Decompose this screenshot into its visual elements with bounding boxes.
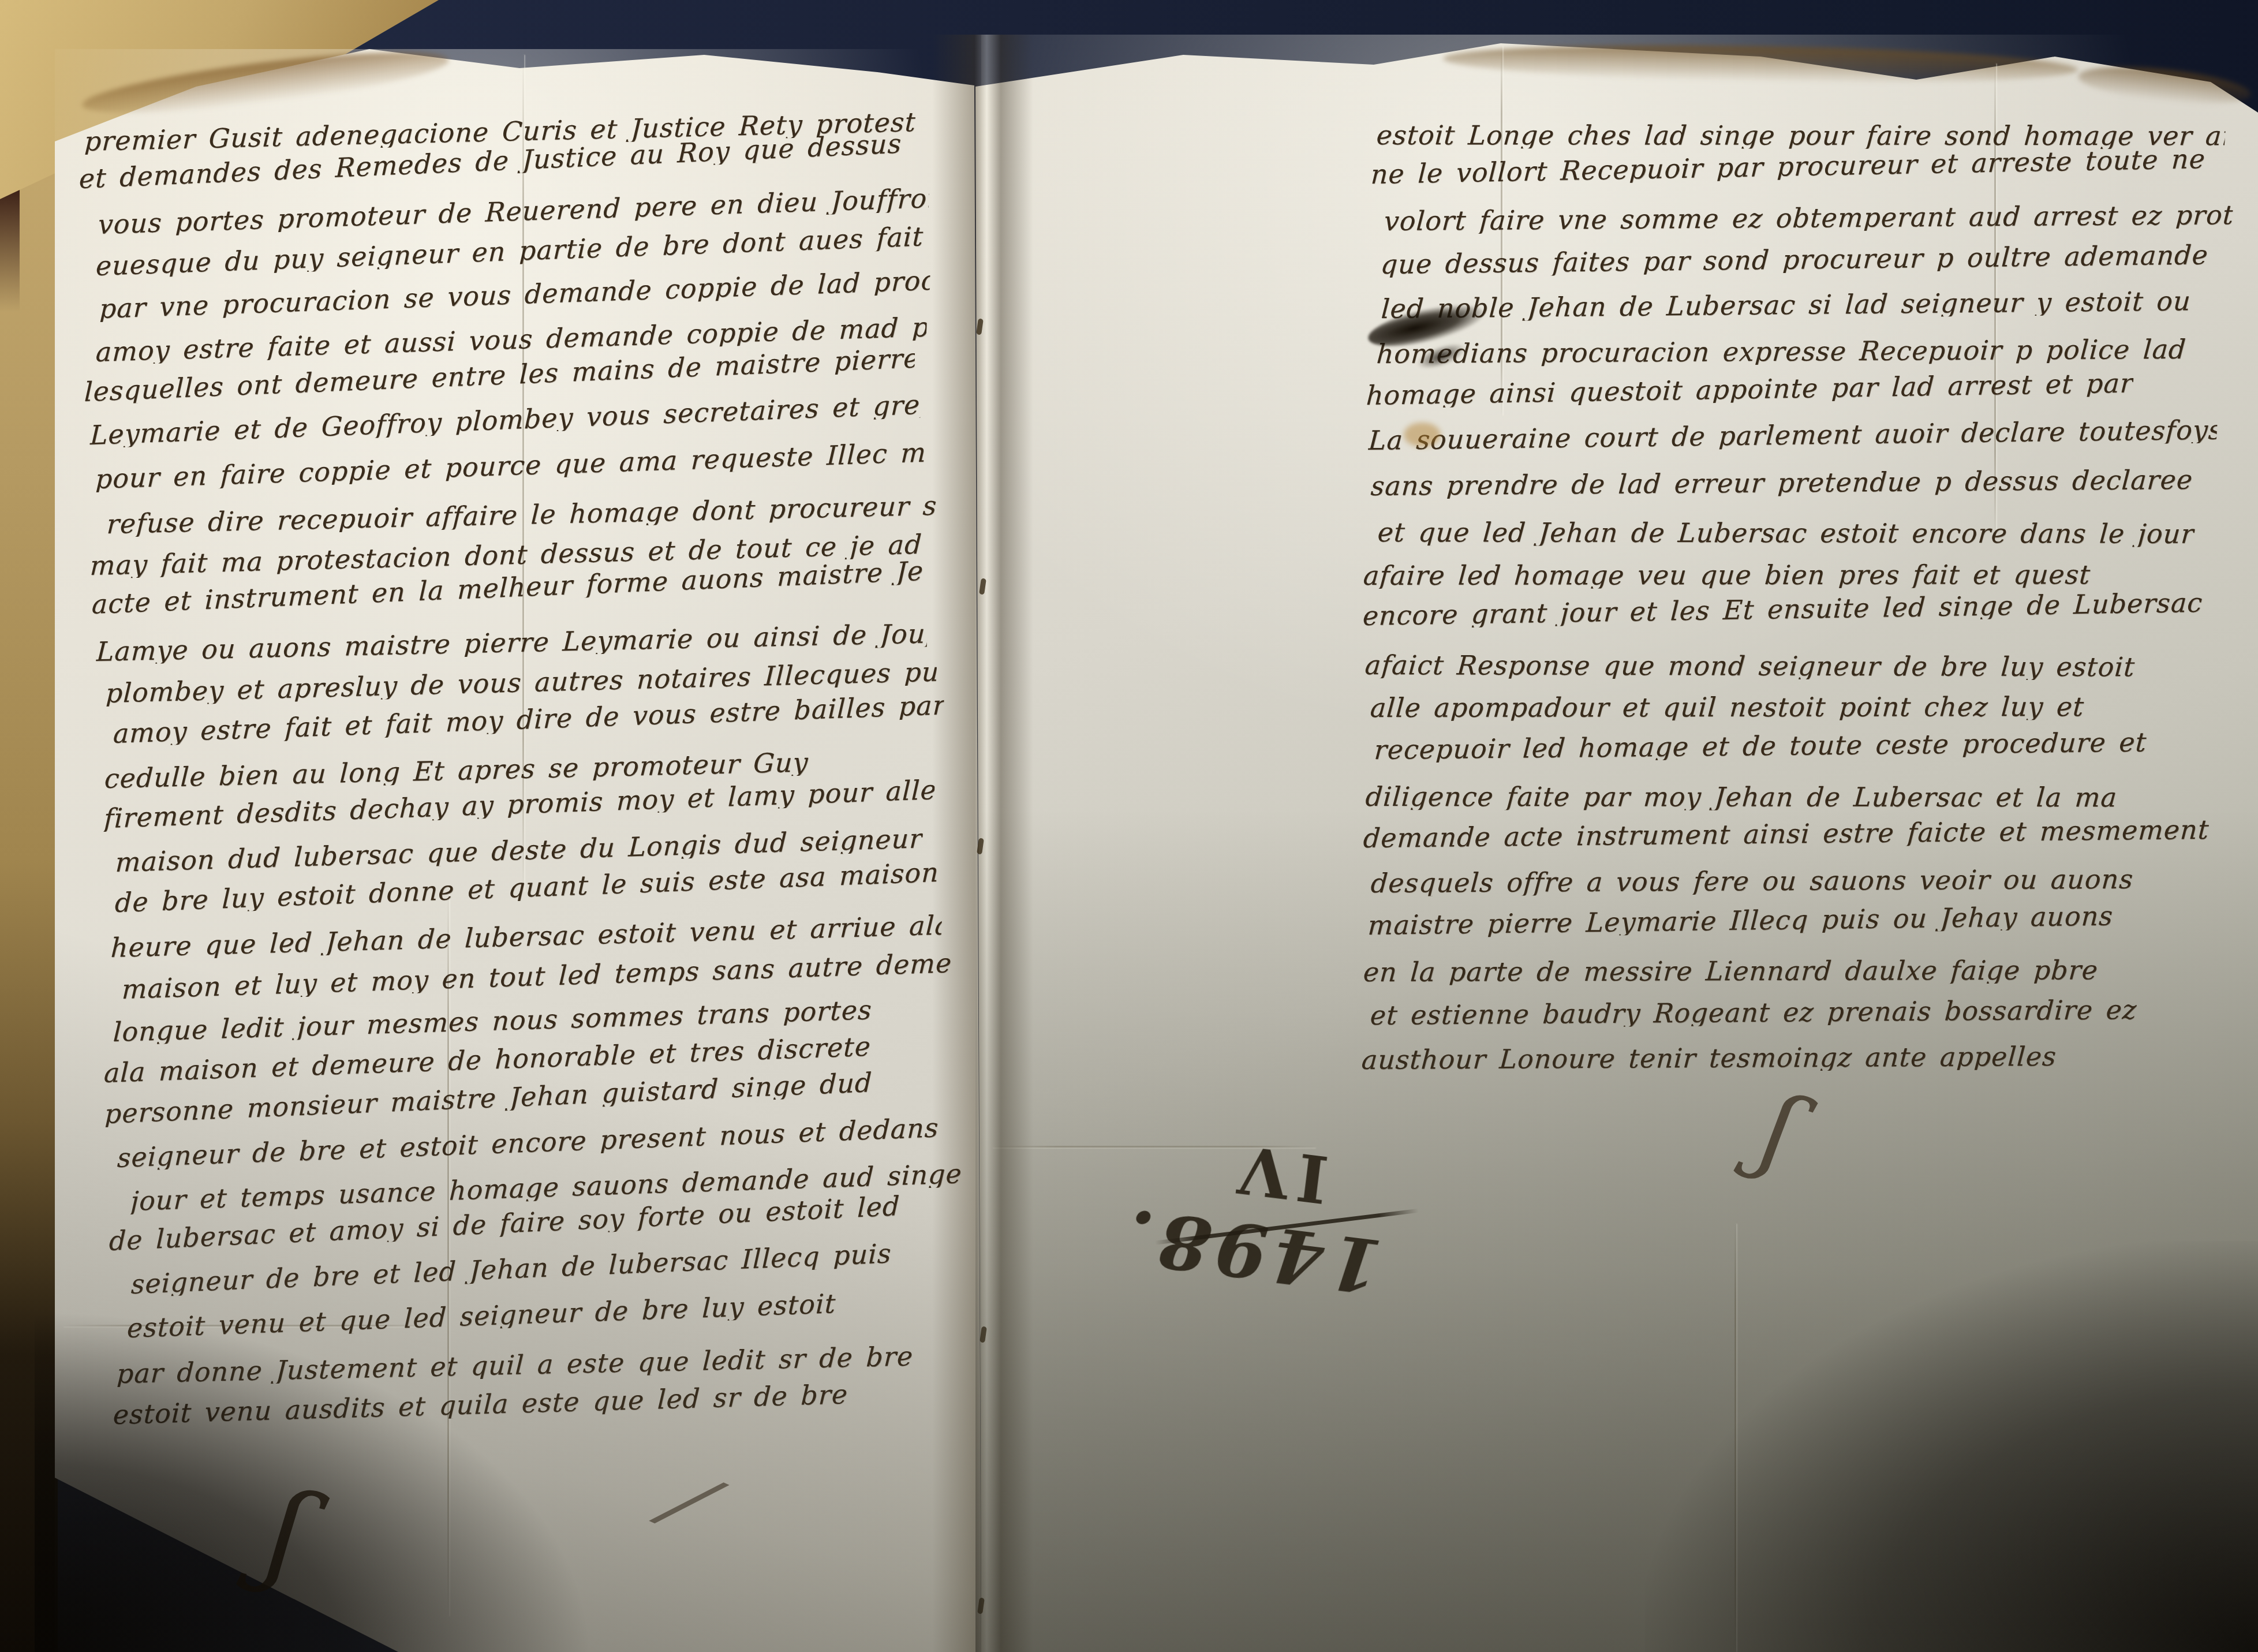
corner-shadow (1645, 1241, 2258, 1652)
manuscript-line: afaict Response que mond seigneur de bre… (1364, 652, 2136, 680)
corner-shadow (35, 1299, 612, 1652)
manuscript-line: alle apompadour et quil nestoit point ch… (1369, 693, 2085, 721)
manuscript-line: estoit Longe ches lad singe pour faire s… (1376, 122, 2226, 149)
manuscript-photo: premier Gusit adenegacione Curis et Just… (0, 0, 2258, 1652)
manuscript-line: afaire led homage veu que bien pres fait… (1362, 561, 2091, 589)
brown-stain (1404, 423, 1441, 447)
manuscript-line: et que led Jehan de Lubersac estoit enco… (1377, 519, 2196, 547)
manuscript-line: homedians procuracion expresse Recepuoir… (1376, 336, 2188, 367)
manuscript-line: diligence faite par moy Jehan de Lubersa… (1364, 783, 2118, 810)
